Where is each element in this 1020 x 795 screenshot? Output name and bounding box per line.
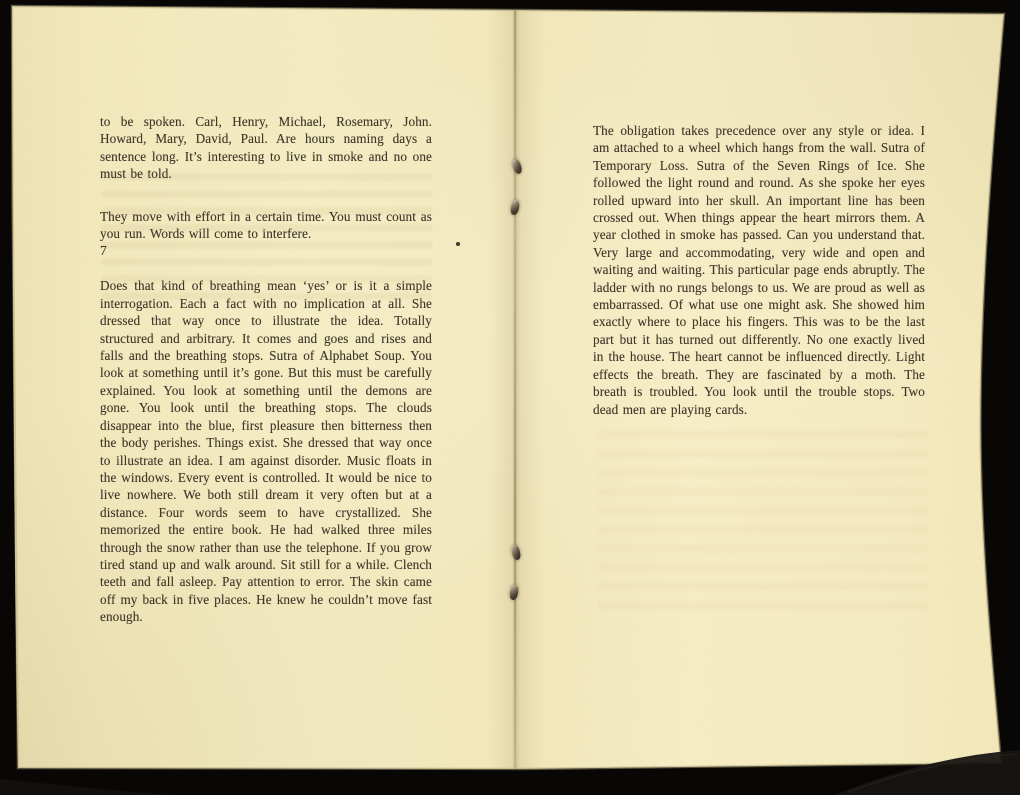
paragraph: They move with effort in a certain time.…: [100, 208, 432, 243]
paragraph: Does that kind of breathing mean ‘yes’ o…: [100, 277, 432, 625]
book-cover-edge: [0, 779, 170, 795]
right-text-column: The obligation takes precedence over any…: [593, 122, 925, 418]
left-text-column: to be spoken. Carl, Henry, Michael, Rose…: [100, 113, 432, 626]
book: to be spoken. Carl, Henry, Michael, Rose…: [10, 4, 1006, 770]
paragraph: to be spoken. Carl, Henry, Michael, Rose…: [100, 113, 432, 183]
paragraph: The obligation takes precedence over any…: [593, 122, 925, 418]
scanned-book-spread: to be spoken. Carl, Henry, Michael, Rose…: [0, 0, 1020, 795]
section-number: 7: [100, 242, 432, 259]
